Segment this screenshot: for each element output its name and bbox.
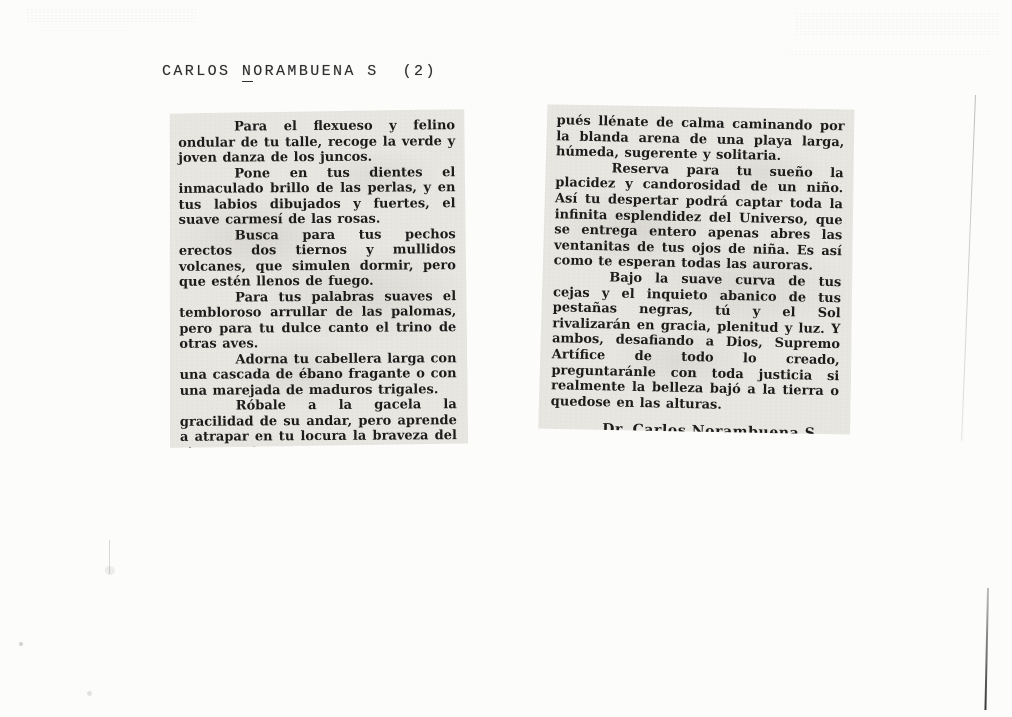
faint-fold-line	[961, 95, 976, 441]
newspaper-clipping-left: Para el flexueso y felino ondular de tu …	[168, 109, 468, 448]
scanned-document-page: CARLOS NORAMBUENA S(2) Para el flexueso …	[0, 0, 1012, 717]
scan-smudge-top-left-secondary	[40, 26, 130, 33]
clipping-paragraph: Róbale a la gacela la gracilidad de su a…	[180, 397, 457, 448]
page-number: (2)	[403, 63, 437, 80]
left-margin-blot	[105, 566, 115, 575]
scan-smudge-top-left	[26, 8, 196, 24]
clipping-paragraph: Adorna tu cabellera larga con una cascad…	[179, 351, 456, 399]
ink-dot	[87, 691, 92, 696]
clipping-paragraph: Para el flexueso y felino ondular de tu …	[178, 118, 455, 166]
author-name-underlined-letter: N	[242, 63, 253, 82]
dark-edge-line	[984, 588, 989, 710]
author-signature: Dr. Carlos Norambuena S.	[550, 421, 838, 436]
author-name-prefix: CARLOS	[162, 63, 242, 80]
typed-author-header: CARLOS NORAMBUENA S(2)	[162, 63, 437, 80]
clipping-paragraph: Reserva para tu sueño la placidez y cand…	[554, 160, 844, 275]
clipping-paragraph: Busca para tus pechos erectos dos tierno…	[179, 227, 456, 291]
clipping-paragraph: pués llénate de calma caminando por la b…	[556, 113, 845, 166]
author-name-rest: ORAMBUENA S	[253, 63, 378, 80]
scan-smudge-right-edge	[790, 50, 990, 57]
ink-dot	[19, 642, 23, 646]
left-margin-scratch	[109, 540, 110, 574]
scan-smudge-top-right	[795, 12, 1000, 36]
clipping-paragraph: Pone en tus dientes el inmaculado brillo…	[178, 165, 455, 229]
clipping-paragraph: Bajo la suave curva de tus cejas y el in…	[551, 269, 842, 415]
newspaper-clipping-right: pués llénate de calma caminando por la b…	[538, 103, 857, 436]
clipping-paragraph: Para tus palabras suaves el tembloroso a…	[179, 289, 456, 353]
